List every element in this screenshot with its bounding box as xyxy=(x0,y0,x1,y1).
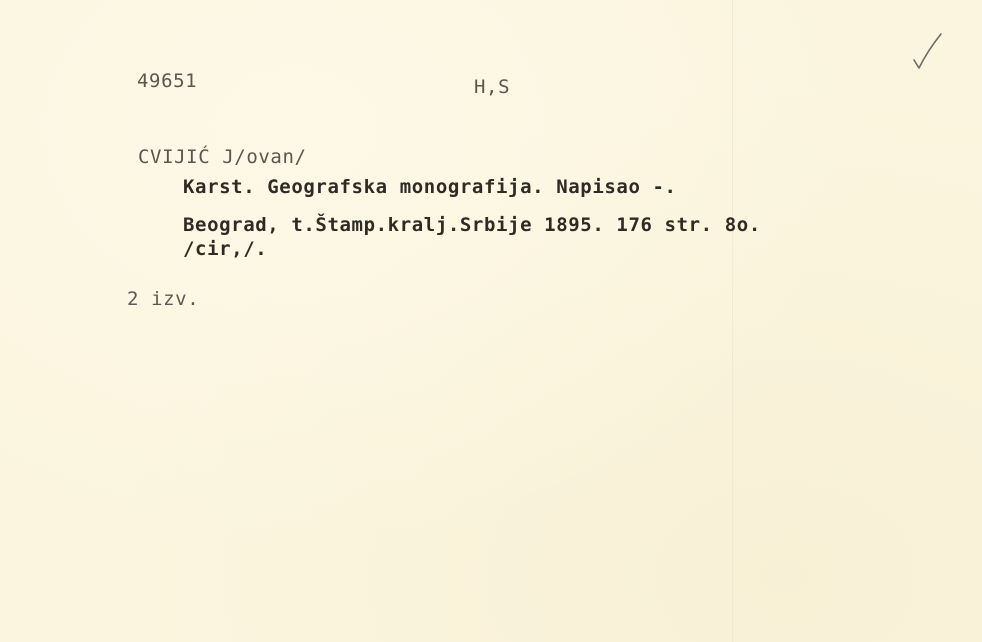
imprint-statement: Beograd, t.Štamp.kralj.Srbije 1895. 176 … xyxy=(183,214,761,236)
accession-number: 49651 xyxy=(137,70,197,92)
location-mark: H,S xyxy=(474,76,510,98)
holdings-note: 2 izv. xyxy=(127,288,199,310)
title-statement: Karst. Geografska monografija. Napisao -… xyxy=(183,176,677,198)
script-note: /cir,/. xyxy=(183,238,267,260)
checkmark-icon xyxy=(910,30,946,74)
card-fold-line xyxy=(732,0,733,642)
author-heading: CVIJIĆ J/ovan/ xyxy=(138,146,307,168)
catalog-card: 49651 H,S CVIJIĆ J/ovan/ Karst. Geografs… xyxy=(0,0,982,642)
